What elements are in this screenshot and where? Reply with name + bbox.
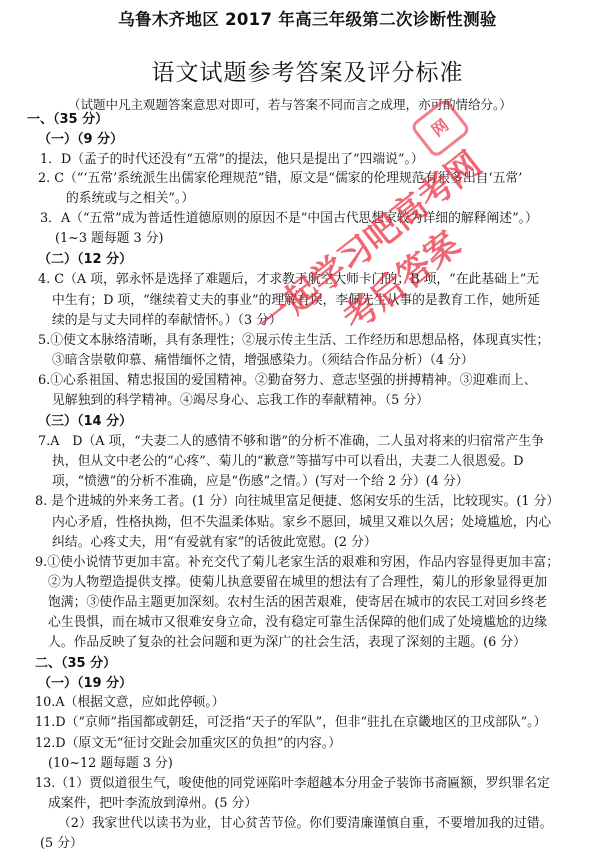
- answer-line: 4. C（A 项，郭永怀是选择了难题后，才求教于航空大师卡门的；B 项，“在此基…: [38, 274, 539, 287]
- answer-line: (10~12 题每题 3 分): [48, 758, 173, 771]
- answer-line: 内心矛盾，性格执拗，但不失温柔体贴。家乡不愿回，城里又难以久居；处境尴尬，内心: [52, 517, 551, 530]
- answer-line: 成案件，把叶李流放到漳州。(5 分）: [48, 798, 257, 811]
- answer-line: 13.（1）贾似道很生气，唆使他的同党诬陷叶李超越本分用金子装饰书斋匾额，罗织罪…: [35, 778, 550, 791]
- document-subtitle: 语文试题参考答案及评分标准: [0, 54, 615, 87]
- answer-line: 的系统或与之相关”。）: [66, 193, 194, 206]
- answer-line: 8. 是个进城的外来务工者。(1 分）向往城里富足便捷、悠闲安乐的生活，比较现实…: [35, 496, 559, 509]
- answer-line: 5.①使文本脉络清晰，具有条理性；②展示传主生活、工作经历和思想品格，体现真实性…: [38, 335, 549, 348]
- answer-line: 执，但从文中老公的“心疼”、菊儿的“歉意”等描写中可以看出，夫妻二人很恩爱。D: [52, 456, 524, 469]
- answer-line: 中生有；D 项，“继续着丈夫的事业”的理解有误，李佩先生从事的是教育工作，她所延: [52, 295, 540, 308]
- section-heading: 一、（35 分）: [27, 113, 108, 126]
- section-heading: 二、（35 分）: [35, 657, 116, 670]
- answer-line: 人。作品反映了复杂的社会问题和更为深广的社会生活，表现了深刻的主题。(6 分）: [48, 637, 526, 650]
- answer-line: 9.①使小说情节更加丰富。补充交代了菊儿老家生活的艰难和穷困，作品内容显得更加丰…: [35, 557, 559, 570]
- answer-line: 心生畏惧，而在城市又很难安身立命，没有稳定可靠生活保障的他们成了处境尴尬的边缘: [48, 617, 547, 630]
- answer-line: 2. C（“‘五常’系统派生出儒家伦理规范”错，原文是“儒家的伦理规范有很多出自…: [38, 173, 522, 186]
- answer-line: ②为人物塑造提供支撑。使菊儿执意要留在城里的想法有了合理性，菊儿的形象显得更加: [48, 577, 547, 590]
- grading-note: （试题中凡主观题答案意思对即可，若与答案不同而言之成理，亦可酌情给分。）: [68, 95, 512, 113]
- answer-line: 续的是与丈夫同样的奉献情怀。）（3 分）: [52, 315, 282, 328]
- exam-title: 乌鲁木齐地区 2017 年高三年级第二次诊断性测验: [0, 6, 615, 30]
- answer-line: 7.A D（A 项，“夫妻二人的感情不够和谐”的分析不准确，二人虽对将来的归宿常…: [38, 436, 544, 449]
- section-heading: （三）（14 分）: [38, 415, 132, 428]
- answer-line: 1．D（孟子的时代还没有“五常”的提法，他只是提出了“四端说”。）: [40, 154, 424, 167]
- answer-line: 10.A（根据文意，应如此停顿。）: [35, 697, 225, 710]
- answer-line: 纠结。心疼丈夫，用“有爱就有家”的话彼此宽慰。(2 分）: [52, 537, 377, 550]
- answer-line: 12.D（原文无“征讨交趾会加重灾区的负担”的内容。）: [35, 738, 341, 751]
- section-heading: （二）（12 分）: [38, 253, 132, 266]
- answer-line: （2）我家世代以读书为业，甘心贫苦节俭。你们要清廉谨慎自重，不要增加我的过错。: [58, 818, 552, 831]
- answer-line: ③暗含崇敬仰慕、痛惜缅怀之情，增强感染力。（须结合作品分析）（4 分）: [52, 355, 474, 368]
- answer-line: 见解独到的科学精神。④竭尽身心、忘我工作的奉献精神。（5 分）: [52, 395, 429, 408]
- answer-line: 饱满；③使作品主题更加深刻。农村生活的困苦艰难，使寄居在城市的农民工对回乡终老: [48, 597, 547, 610]
- section-heading: （一）（19 分）: [38, 677, 132, 690]
- answer-line: 11.D（“京师”指国都或朝廷，可泛指“天子的军队”，但非“驻扎在京畿地区的卫戍…: [35, 717, 546, 730]
- answer-key-page: 乌鲁木齐地区 2017 年高三年级第二次诊断性测验 语文试题参考答案及评分标准 …: [0, 0, 615, 856]
- answer-line: (1~3 题每题 3 分): [55, 233, 164, 246]
- answer-line: 项，“愤懑”的分析不准确，应是“伤感”之情。）(写对一个给 2 分）(4 分）: [52, 476, 469, 489]
- answer-line: 3．A（“五常”成为普适性道德原则的原因不是“中国古代思想家较为详细的解释阐述”…: [40, 213, 538, 226]
- answer-line: (5 分）: [40, 838, 83, 851]
- section-heading: （一）（9 分）: [38, 133, 123, 146]
- answer-line: 6.①心系祖国、精忠报国的爱国精神。②勤奋努力、意志坚强的拼搏精神。③迎难而上、: [38, 375, 537, 388]
